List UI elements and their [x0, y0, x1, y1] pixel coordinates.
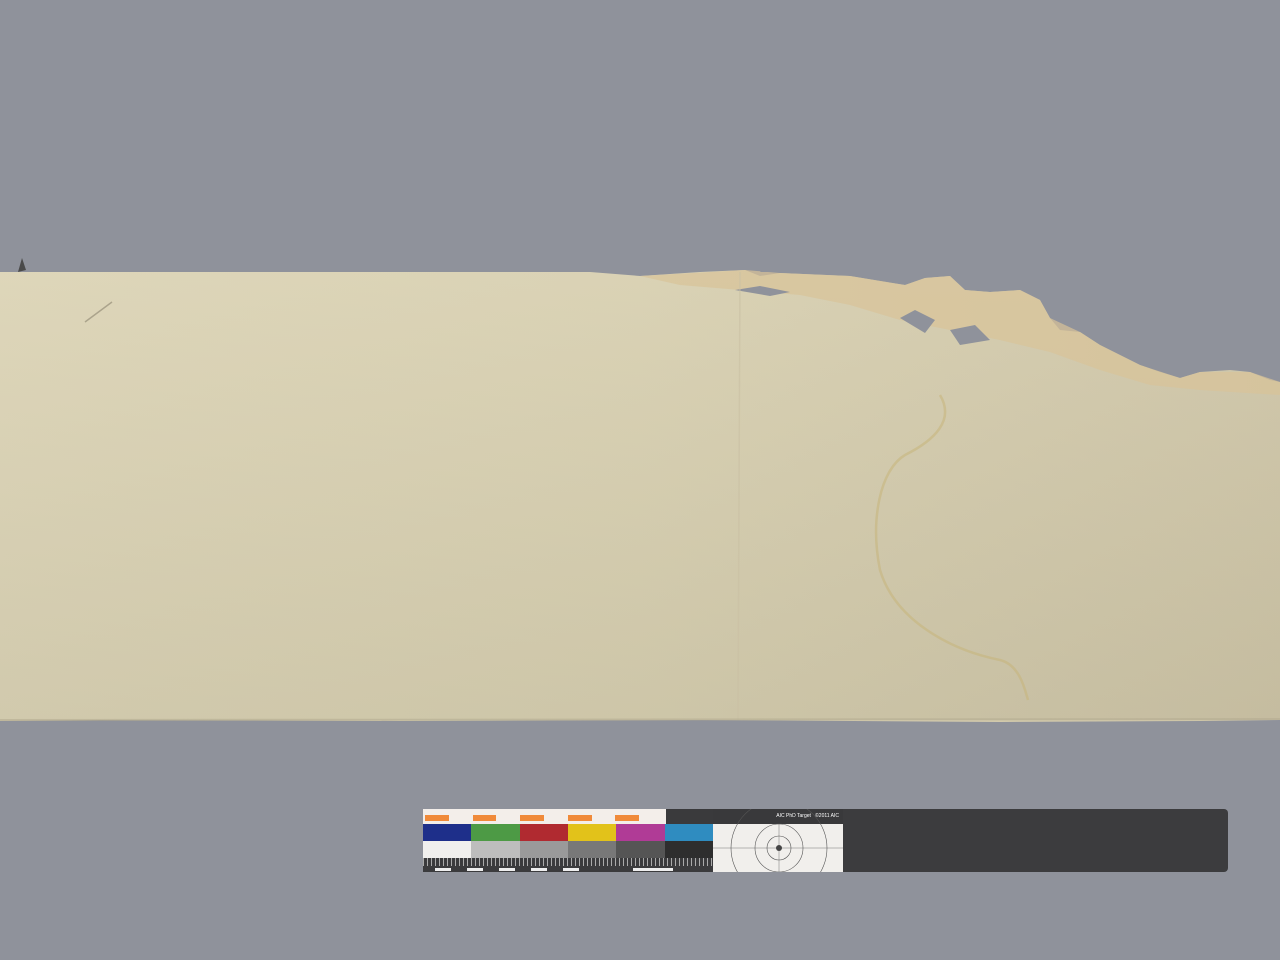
target-bullseye-panel: AIC PhD Target ©2011 AIC: [713, 809, 843, 872]
swatch-red: [520, 824, 568, 841]
orange-checker-strip: [425, 815, 663, 821]
swatch-yellow: [568, 824, 616, 841]
swatch-blue: [423, 824, 471, 841]
color-swatch-row: [423, 824, 713, 841]
target-dark-bar: [843, 809, 1228, 872]
bullseye-icon: [713, 809, 843, 872]
corner-tab: [18, 258, 26, 272]
swatch-green: [471, 824, 519, 841]
target-color-panel: [423, 809, 713, 872]
swatch-magenta: [616, 824, 664, 841]
swatch-cyan: [665, 824, 713, 841]
measurement-ruler: [423, 858, 713, 872]
color-calibration-target: AIC PhD Target ©2011 AIC: [423, 809, 1228, 872]
gray-swatch-row: [423, 841, 713, 858]
